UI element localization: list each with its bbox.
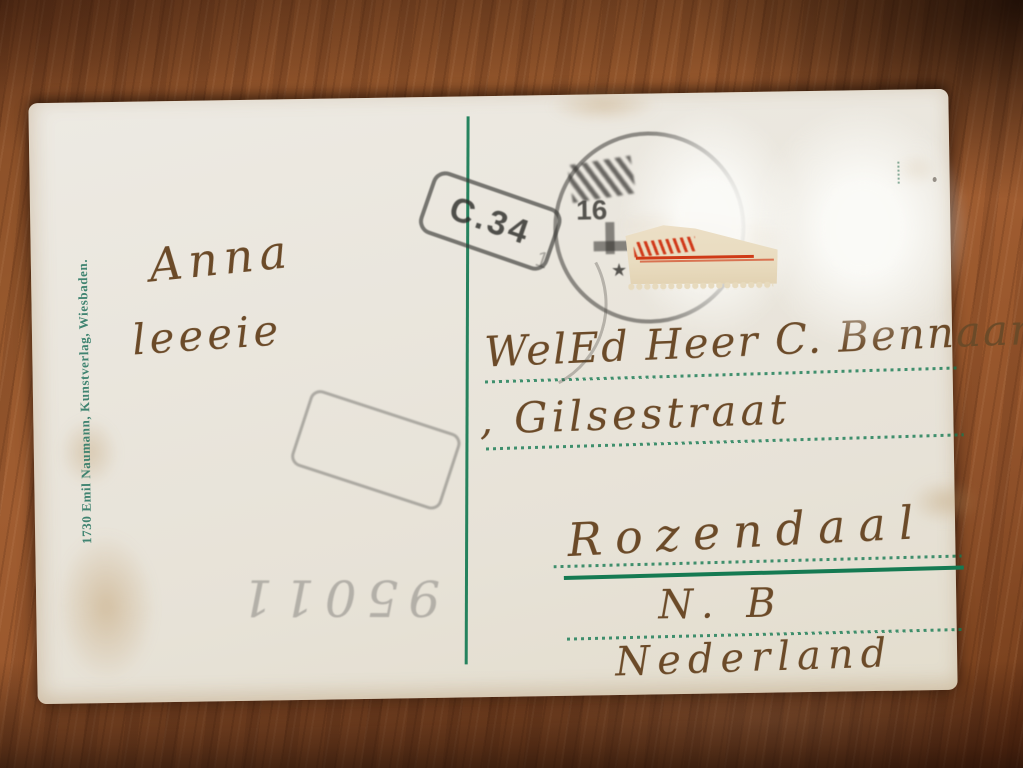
address-line-4: N. B [658,583,786,625]
message-line-2: leeeie [131,309,284,361]
postmark-star-icon: ★ [611,260,627,281]
stain-bottom-left [55,531,157,683]
green-dotted-mark [897,162,901,184]
message-line-1: Anna [147,228,295,289]
address-line-5: Nederland [615,633,894,682]
stain-top-edge [548,87,659,123]
pencil-number: 95011 [231,568,440,626]
photo-of-postcard-on-table: 1730 Emil Naumann, Kunstverlag, Wiesbade… [0,0,1023,768]
address-line-2: , Gilsestraat [479,389,791,441]
address-line-3: Rozendaal [566,499,927,563]
address-solid-line [564,566,964,580]
postcard: 1730 Emil Naumann, Kunstverlag, Wiesbade… [28,89,957,704]
ink-speck [933,177,937,182]
postmark-date-fragment: 16 [576,194,608,226]
stamp-red-hatching [633,236,696,257]
publisher-imprint: 1730 Emil Naumann, Kunstverlag, Wiesbade… [74,231,95,571]
faint-handstamp-box [288,387,463,512]
